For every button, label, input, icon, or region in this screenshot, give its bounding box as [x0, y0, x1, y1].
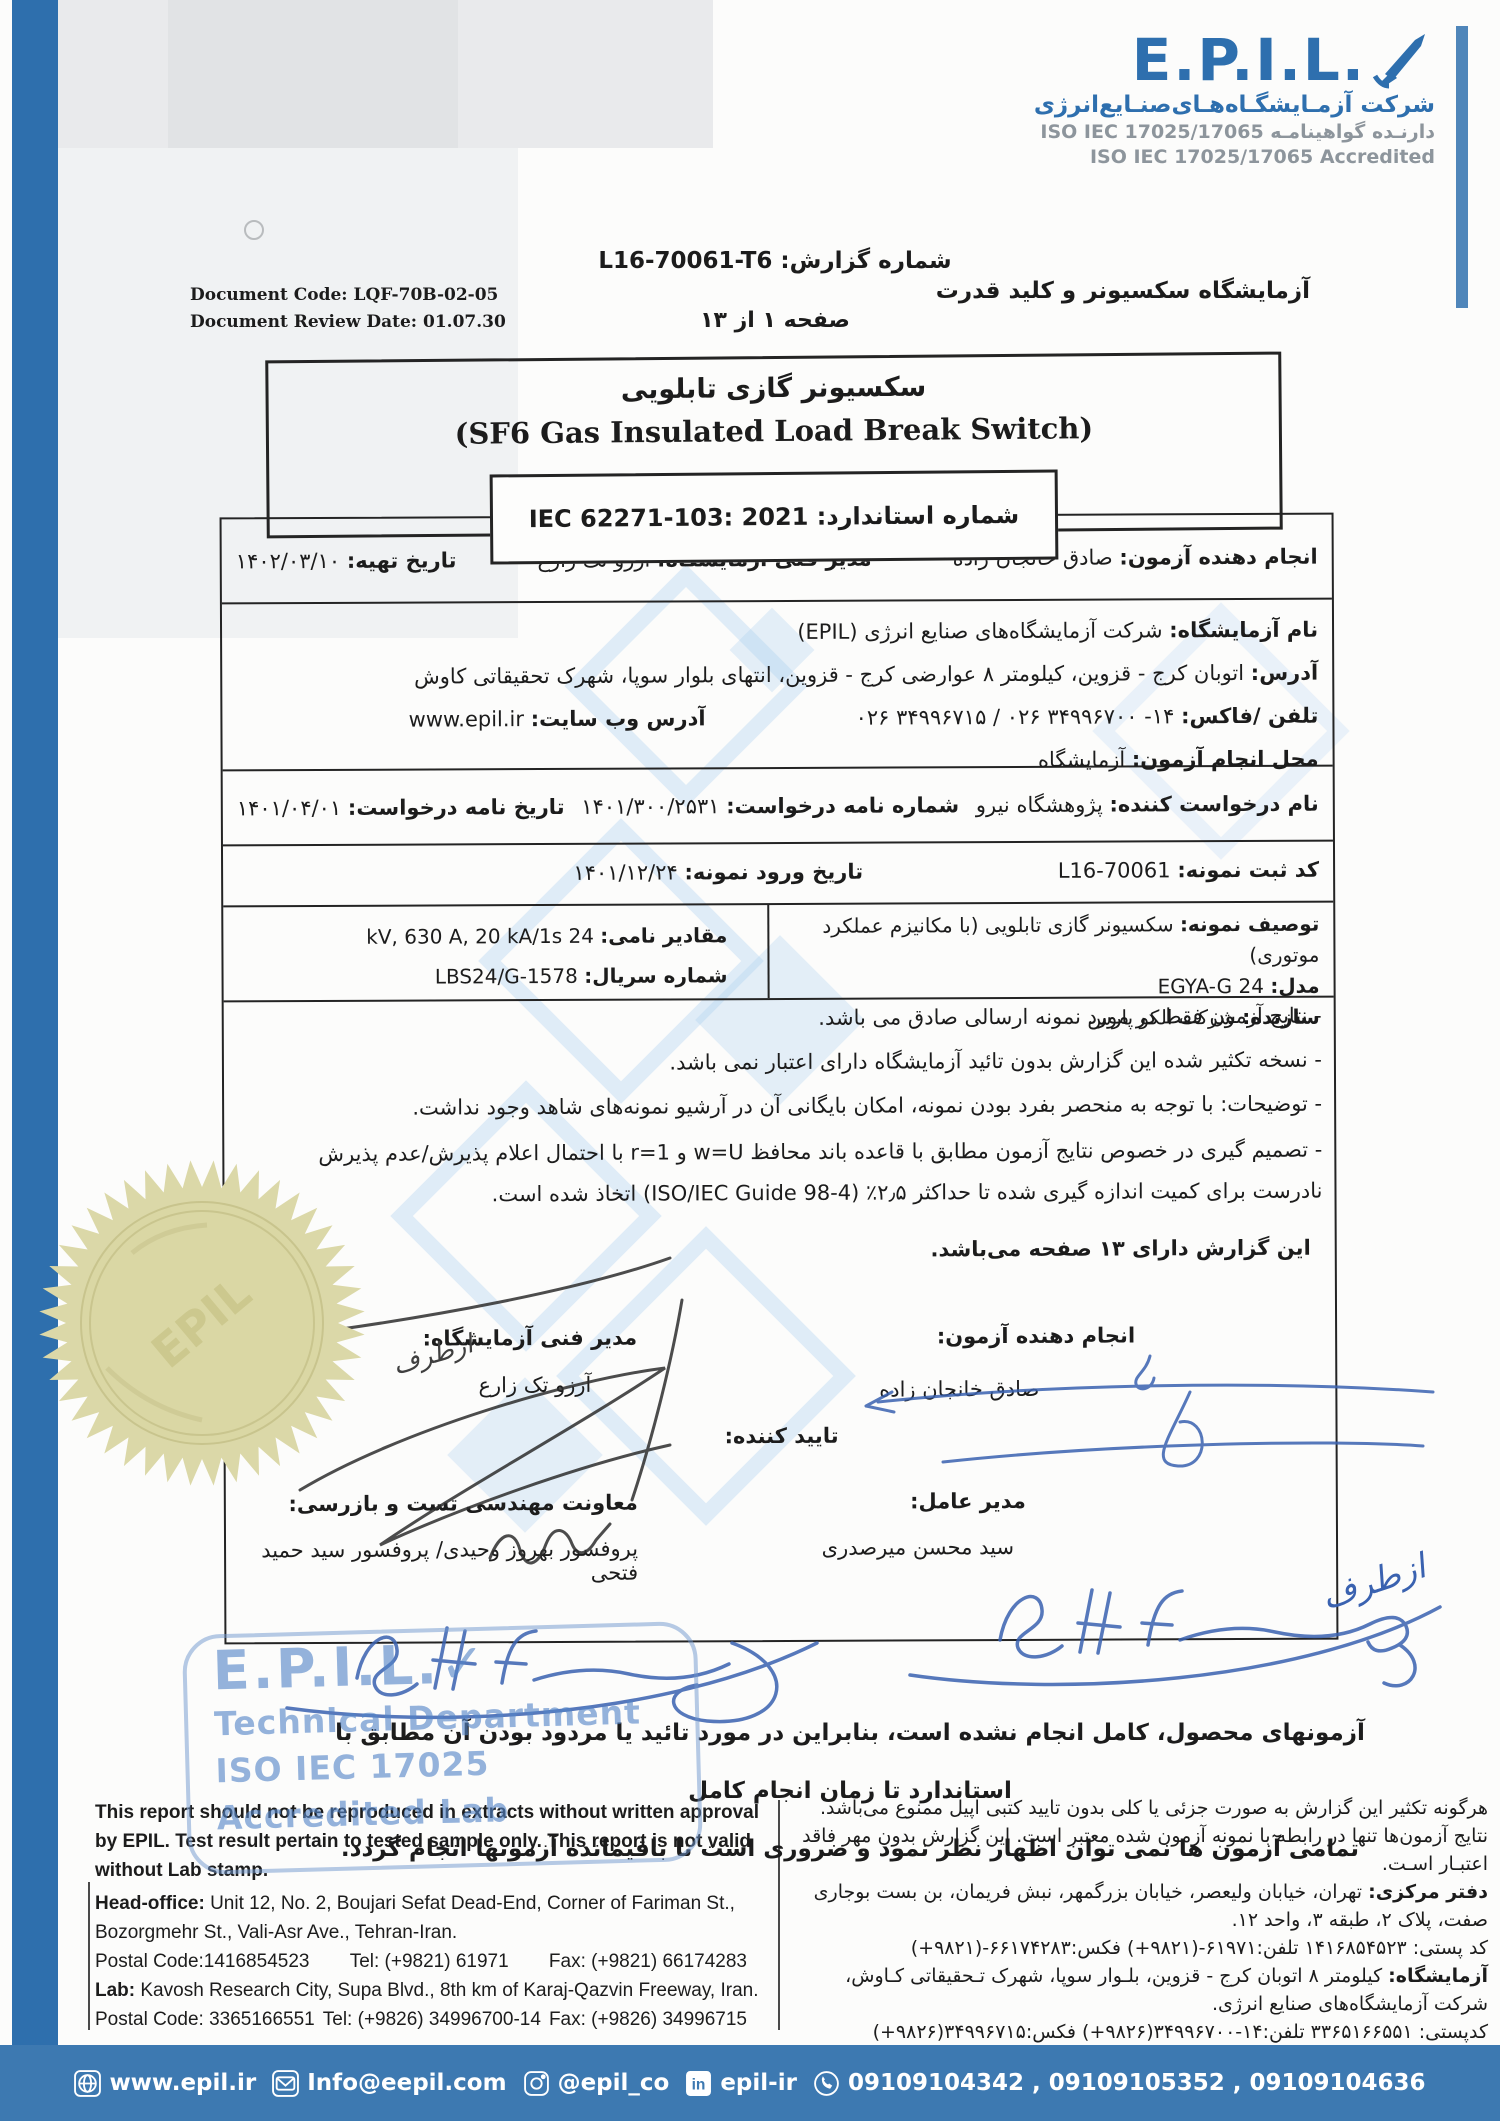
- performer-signature-ink: [848, 1342, 1448, 1477]
- tel-2: Tel: (+9826) 34996700-14: [323, 2005, 541, 2034]
- fax-1: Fax: (+9821) 66174283: [549, 1947, 747, 1976]
- standard-number-box: شماره استاندارد: IEC 62271-103: 2021: [490, 470, 1059, 565]
- svg-text:in: in: [692, 2076, 706, 2093]
- footer-head-office-en: Head-office: Unit 12, No. 2, Boujari Sef…: [95, 1889, 767, 1947]
- approver-label: تایید کننده:: [725, 1424, 839, 1448]
- sample-title-en: (SF6 Gas Insulated Load Break Switch): [269, 410, 1279, 453]
- sample-description: توصیف نمونه: سکسیونر گازی تابلویی (با مک…: [777, 909, 1319, 973]
- scan-left-blue-strip: [12, 0, 58, 2121]
- note-line: - توضیحات: با توجه به منحصر بفرد بودن نم…: [242, 1092, 1322, 1121]
- email-text: Info@eepil.com: [307, 2070, 506, 2096]
- globe-icon: [74, 2070, 101, 2097]
- requester-name: نام درخواست کننده: پژوهشگاه نیرو: [976, 791, 1319, 816]
- linkedin-item: in epil-ir: [685, 2070, 797, 2097]
- scan-right-blue-strip: [1456, 26, 1468, 308]
- serial-number: شماره سریال: LBS24/G-1578: [231, 955, 727, 997]
- sample-ratings-cell: مقادیر نامی: 24 kV, 630 A, 20 kA/1s شمار…: [223, 905, 767, 1000]
- lab-website: آدرس وب سایت: www.epil.ir: [409, 697, 706, 741]
- lab-section-title: آزمایشگاه سکسیونر و کلید قدرت: [936, 278, 1310, 304]
- footer-lab-en: Lab: Kavosh Research City, Supa Blvd., 8…: [95, 1976, 767, 2005]
- note-line: - نسخه تکثیر شده این گزارش بدون تائید آز…: [242, 1048, 1322, 1077]
- request-letter-number: شماره نامه درخواست: ۱۴۰۱/۳۰۰/۲۵۳۱: [581, 793, 959, 819]
- report-number: شماره گزارش: L16-70061-T6: [590, 248, 960, 274]
- epil-logo-text: E.P.I.L.: [1132, 30, 1366, 90]
- sample-title-fa: سکسیونر گازی تابلویی: [268, 369, 1278, 409]
- pages-count-note: این گزارش دارای ۱۳ صفحه می‌باشد.: [930, 1236, 1310, 1262]
- whatsapp-item: 09109104342 , 09109105352 , 09109104636: [813, 2070, 1426, 2097]
- standard-number: شماره استاندارد: IEC 62271-103: 2021: [529, 501, 1020, 533]
- table-row-sample-description: توصیف نمونه: سکسیونر گازی تابلویی (با مک…: [223, 903, 1333, 1003]
- logo-certificate-fa: دارنـده گواهینامـه ISO IEC 17025/17065: [1015, 121, 1435, 143]
- fax-2: Fax: (+9826) 34996715: [549, 2005, 747, 2034]
- instagram-icon: [523, 2070, 550, 2097]
- whatsapp-text: 09109104342 , 09109105352 , 09109104636: [848, 2070, 1426, 2096]
- rated-values: مقادیر نامی: 24 kV, 630 A, 20 kA/1s: [231, 915, 727, 957]
- footer-contacts2-fa: کدپستی: ۳۳۶۵۱۶۶۵۵۱ تلفن:۱۴-۳۴۹۹۶۷۰۰(۹۸۲۶…: [790, 2018, 1488, 2046]
- footer-left-rule: [88, 1882, 90, 2030]
- sample-registration-code: کد ثبت نمونه: L16-70061: [1058, 858, 1319, 883]
- lab-address: آدرس: اتوبان کرج - قزوین، کیلومتر ۸ عوار…: [222, 652, 1332, 700]
- bottom-contact-bar: www.epil.ir Info@eepil.com @epil_co in e…: [0, 2045, 1500, 2121]
- postal-code-1: Postal Code:1416854523: [95, 1947, 309, 1976]
- document-code: Document Code: LQF-70B-02-05: [190, 282, 506, 309]
- linkedin-text: epil-ir: [720, 2070, 797, 2096]
- logo-company-name-fa: شرکت آزمـایشگـاه‌هـای‌صنـایع‌انرژی: [1015, 92, 1435, 118]
- epil-logo-block: E.P.I.L. شرکت آزمـایشگـاه‌هـای‌صنـایع‌ان…: [1015, 30, 1435, 168]
- logo-certificate-en: ISO IEC 17025/17065 Accredited: [1015, 146, 1435, 168]
- tel-1: Tel: (+9821) 61971: [350, 1947, 509, 1976]
- page-number: صفحه ۱ از ۱۳: [590, 308, 960, 333]
- email-item: Info@eepil.com: [272, 2070, 506, 2097]
- scan-artifact: [244, 220, 264, 240]
- note-line: - نتایج آزمون فقط در مورد نمونه ارسالی ص…: [242, 1004, 1322, 1033]
- footer-contacts1-fa: کد پستی: ۱۴۱۶۸۵۴۵۲۳ تلفن:۶۱۹۷۱-(۹۸۲۱+) ف…: [790, 1934, 1488, 1962]
- sample-description-cell: توصیف نمونه: سکسیونر گازی تابلویی (با مک…: [767, 903, 1333, 998]
- document-review-date: Document Review Date: 01.07.30: [190, 309, 506, 336]
- decision-rule-note: - تصمیم گیری در خصوص نتایج آزمون مطابق ب…: [242, 1130, 1322, 1217]
- website-item: www.epil.ir: [74, 2070, 256, 2097]
- technical-department-stamp: E.P.I.L.✓ Technical Department ISO IEC 1…: [182, 1621, 704, 1875]
- whatsapp-icon: [813, 2070, 840, 2097]
- sample-entry-date: تاریخ ورود نمونه: ۱۴۰۱/۱۲/۲۴: [573, 860, 863, 885]
- footer-contacts1-en: Postal Code:1416854523 Tel: (+9821) 6197…: [95, 1947, 767, 1976]
- email-icon: [272, 2070, 299, 2097]
- table-row-sample-code: کد ثبت نمونه: L16-70061 تاریخ ورود نمونه…: [223, 842, 1333, 908]
- ceo-label: مدیر عامل:: [910, 1489, 1026, 1514]
- footer-contacts2-en: Postal Code: 3365166551 Tel: (+9826) 349…: [95, 2005, 767, 2034]
- lab-contact-line: تلفن /فاکس: ۱۴- ۳۴۹۹۶۷۰۰ ۰۲۶ / ۳۴۹۹۶۷۱۵ …: [222, 695, 1332, 743]
- report-notes: - نتایج آزمون فقط در مورد نمونه ارسالی ص…: [242, 1004, 1323, 1217]
- scanned-test-report-page: E.P.I.L. شرکت آزمـایشگـاه‌هـای‌صنـایع‌ان…: [0, 0, 1500, 2121]
- request-letter-date: تاریخ نامه درخواست: ۱۴۰۱/۰۴/۰۱: [237, 794, 565, 819]
- footer-lab-fa: آزمایشگاه: کیلومتر ۸ اتوبان کرج - قزوین،…: [790, 1962, 1488, 2018]
- postal-code-2: Postal Code: 3365166551: [95, 2005, 315, 2034]
- pen-checkmark-icon: [1371, 30, 1435, 90]
- lab-phone-fax: تلفن /فاکس: ۱۴- ۳۴۹۹۶۷۰۰ ۰۲۶ / ۳۴۹۹۶۷۱۵ …: [855, 695, 1318, 740]
- linkedin-icon: in: [685, 2070, 712, 2097]
- footer-head-office-fa: دفتر مرکزی: تهران، خیابان ولیعصر، خیابان…: [790, 1878, 1488, 1934]
- website-text: www.epil.ir: [109, 2070, 256, 2096]
- table-row-lab-info: نام آزمایشگاه: شرکت آزمایشگاه‌های صنایع …: [222, 600, 1333, 772]
- lab-name: نام آزمایشگاه: شرکت آزمایشگاه‌های صنایع …: [222, 609, 1332, 657]
- gold-embossed-seal: EPIL: [37, 1158, 367, 1488]
- preparation-date: تاریخ تهیه: ۱۴۰۲/۰۳/۱۰: [236, 548, 457, 573]
- table-row-request: نام درخواست کننده: پژوهشگاه نیرو شماره ن…: [223, 767, 1333, 847]
- instagram-text: @epil_co: [558, 2070, 670, 2096]
- document-code-block: Document Code: LQF-70B-02-05 Document Re…: [190, 282, 506, 336]
- instagram-item: @epil_co: [523, 2070, 670, 2097]
